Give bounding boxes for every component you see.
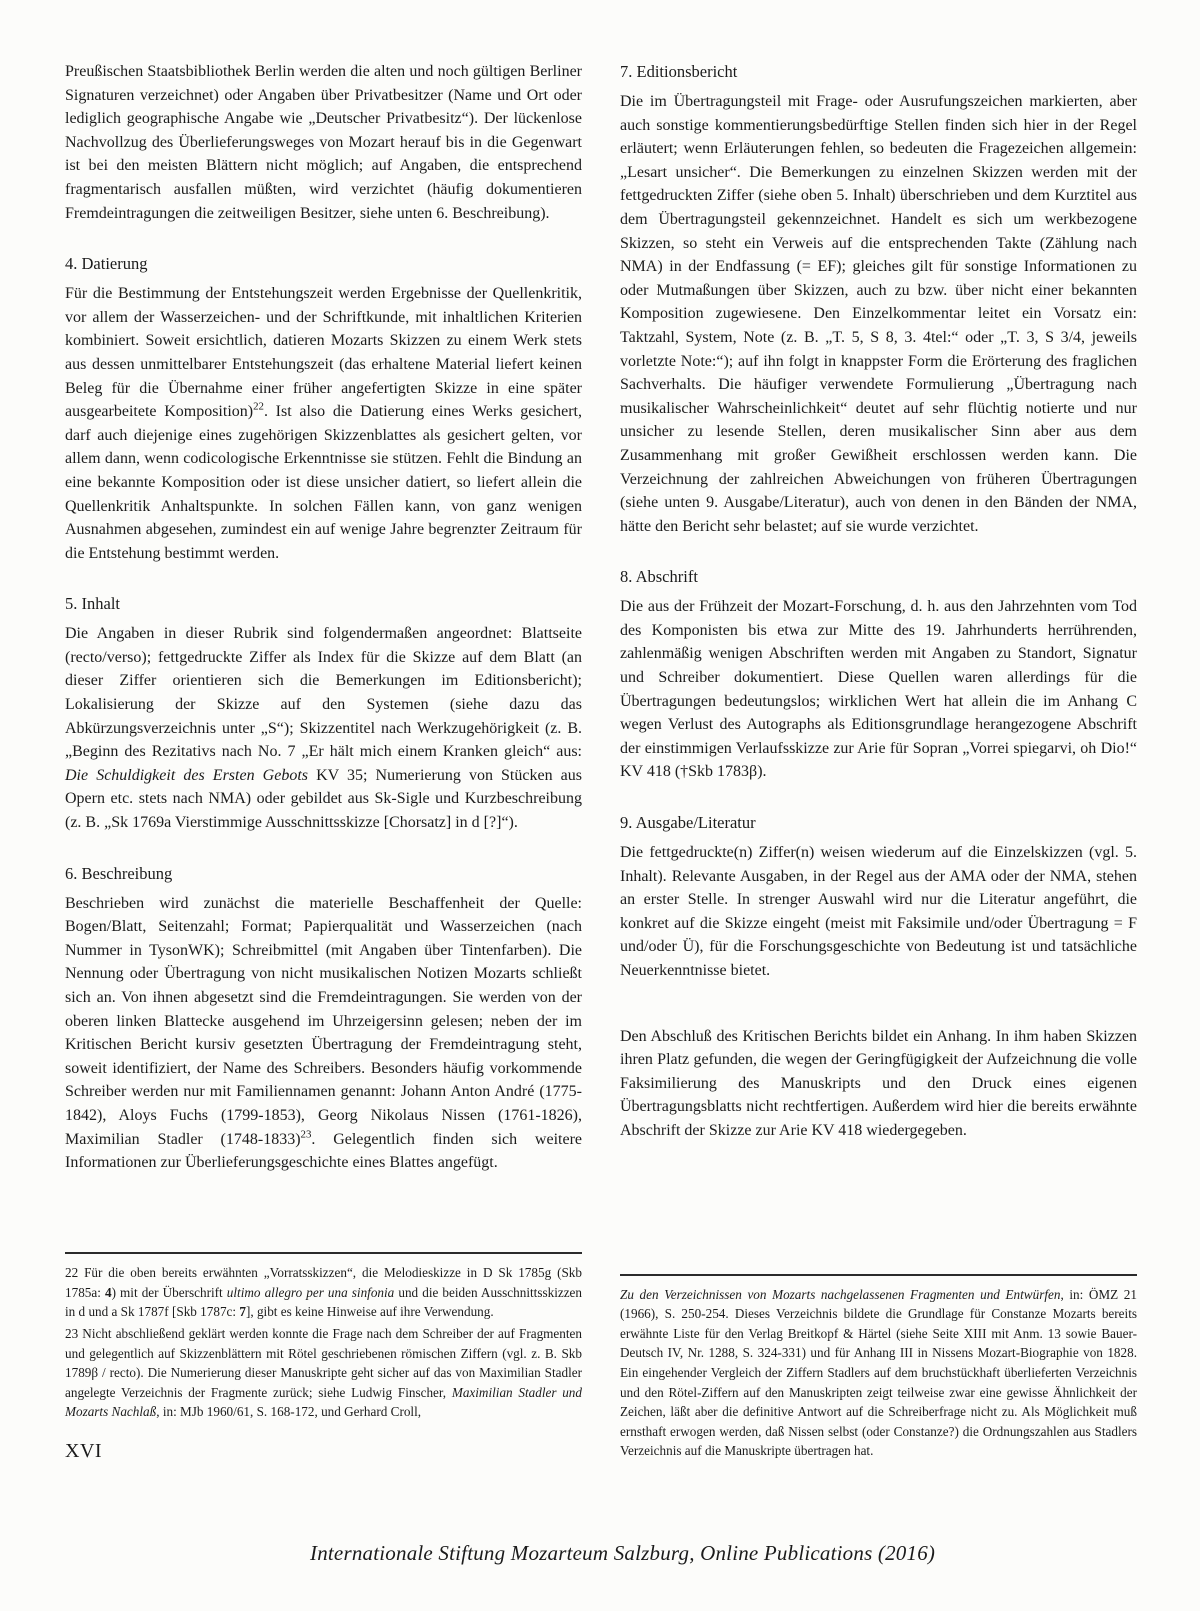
section-body-datierung: Für die Bestimmung der Entstehungszeit w… [65,282,582,565]
section-heading-datierung: 4. Datierung [65,252,582,275]
section-body-editionsbericht: Die im Übertragungsteil mit Frage- oder … [620,90,1137,538]
right-column: 7. Editionsbericht Die im Übertragungste… [620,60,1137,1463]
page-number: XVI [65,1440,582,1463]
left-column: Preußischen Staatsbibliothek Berlin werd… [65,60,582,1463]
page-body: Preußischen Staatsbibliothek Berlin werd… [0,0,1200,1463]
section-body-ausgabe-literatur: Die fettgedruckte(n) Ziffer(n) weisen wi… [620,841,1137,983]
section-heading-editionsbericht: 7. Editionsbericht [620,60,1137,83]
footnote-continuation: Zu den Verzeichnissen von Mozarts nachge… [620,1285,1137,1461]
document-page: { "page": { "page_number": "XVI", "foote… [0,0,1200,1611]
section-heading-beschreibung: 6. Beschreibung [65,862,582,885]
left-footnote-block: 22 Für die oben bereits erwähnten „Vorra… [65,1252,582,1424]
section-heading-abschrift: 8. Abschrift [620,565,1137,588]
footer-credit: Internationale Stiftung Mozarteum Salzbu… [310,1541,935,1566]
closing-paragraph: Den Abschluß des Kritischen Berichts bil… [620,1025,1137,1143]
section-body-abschrift: Die aus der Frühzeit der Mozart-Forschun… [620,595,1137,784]
footnote-23: 23 Nicht abschließend geklärt werden kon… [65,1324,582,1422]
section-heading-ausgabe-literatur: 9. Ausgabe/Literatur [620,811,1137,834]
right-footnote-block: Zu den Verzeichnissen von Mozarts nachge… [620,1274,1137,1463]
section-body-inhalt: Die Angaben in dieser Rubrik sind folgen… [65,622,582,834]
intro-paragraph: Preußischen Staatsbibliothek Berlin werd… [65,60,582,225]
section-body-beschreibung: Beschrieben wird zunächst die materielle… [65,892,582,1175]
section-heading-inhalt: 5. Inhalt [65,592,582,615]
footnote-22: 22 Für die oben bereits erwähnten „Vorra… [65,1263,582,1322]
